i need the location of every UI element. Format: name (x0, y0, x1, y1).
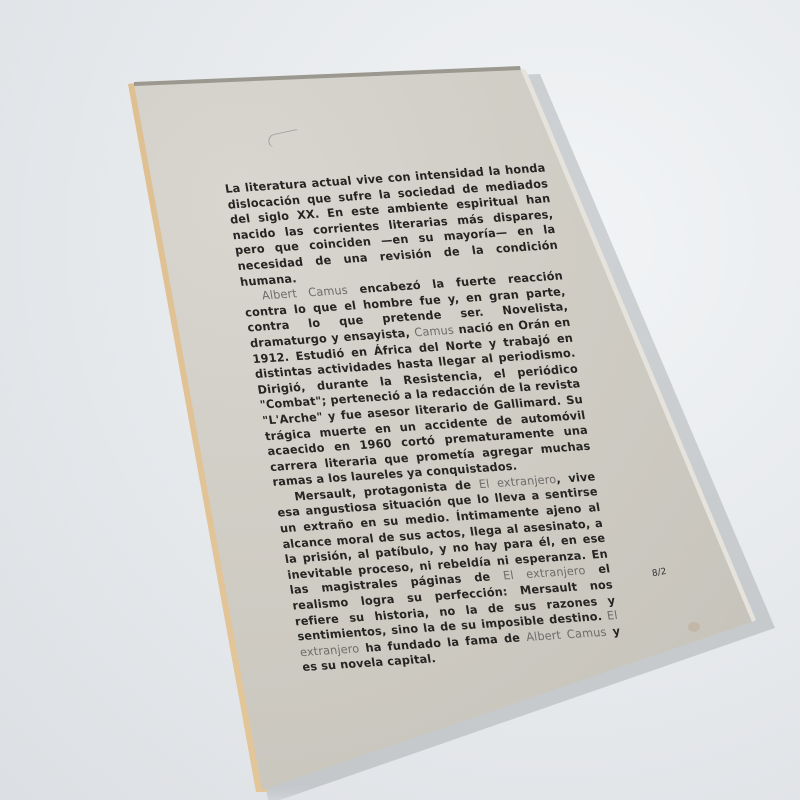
intro-text: La literatura actual vive con intensidad… (224, 161, 559, 289)
cover-stain (688, 622, 700, 632)
author-short: Camus (413, 323, 455, 340)
blurb-paragraph-intro: La literatura actual vive con intensidad… (224, 161, 562, 291)
photo-scene: La literatura actual vive con intensidad… (0, 0, 800, 800)
blurb-paragraph-author: Albert Camus encabezó la fuerte reacción… (241, 269, 594, 491)
blurb-paragraph-novel: Mersault, protagonista de El extranjero,… (274, 469, 624, 676)
